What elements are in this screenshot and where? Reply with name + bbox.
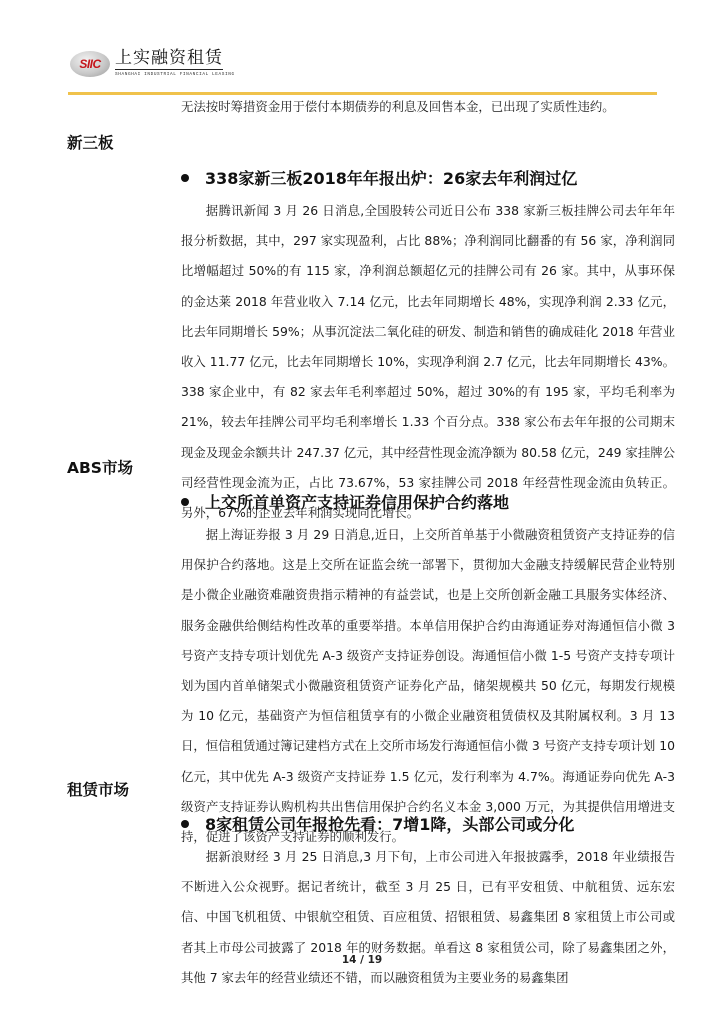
article-body-leasing: 据新浪财经 3 月 25 日消息,3 月下旬，上市公司进入年报披露季，2018 … [181,842,675,993]
page-number: 14 / 19 [0,954,724,966]
article-body-neeq: 据腾讯新闻 3 月 26 日消息,全国股转公司近日公布 338 家新三板挂牌公司… [181,196,675,528]
section-title-neeq: 新三板 [67,131,114,153]
article-title-text: 338家新三板2018年年报出炉：26家去年利润过亿 [205,169,577,188]
company-logo-icon: SIIC [70,51,110,77]
article-title-leasing: 8家租赁公司年报抢先看：7增1降，头部公司或分化 [181,812,574,835]
bullet-icon [181,174,189,182]
company-name-cn: 上实融资租赁 [115,48,223,70]
page-header: SIIC 上实融资租赁 SHANGHAI INDUSTRIAL FINANCIA… [70,48,670,94]
section-title-abs: ABS市场 [67,456,133,478]
bullet-icon [181,820,189,828]
article-body-abs: 据上海证券报 3 月 29 日消息,近日，上交所首单基于小微融资租赁资产支持证券… [181,520,675,852]
article-title-text: 上交所首单资产支持证券信用保护合约落地 [205,493,509,512]
company-name-en: SHANGHAI INDUSTRIAL FINANCIAL LEASING [115,72,235,77]
article-title-abs: 上交所首单资产支持证券信用保护合约落地 [181,490,509,513]
logo-badge-text: SIIC [68,57,112,71]
continuation-paragraph: 无法按时筹措资金用于偿付本期债券的利息及回售本金，已出现了实质性违约。 [181,92,675,122]
article-title-neeq: 338家新三板2018年年报出炉：26家去年利润过亿 [181,166,577,189]
article-title-text: 8家租赁公司年报抢先看：7增1降，头部公司或分化 [205,815,574,834]
bullet-icon [181,498,189,506]
section-title-leasing: 租赁市场 [67,778,129,800]
